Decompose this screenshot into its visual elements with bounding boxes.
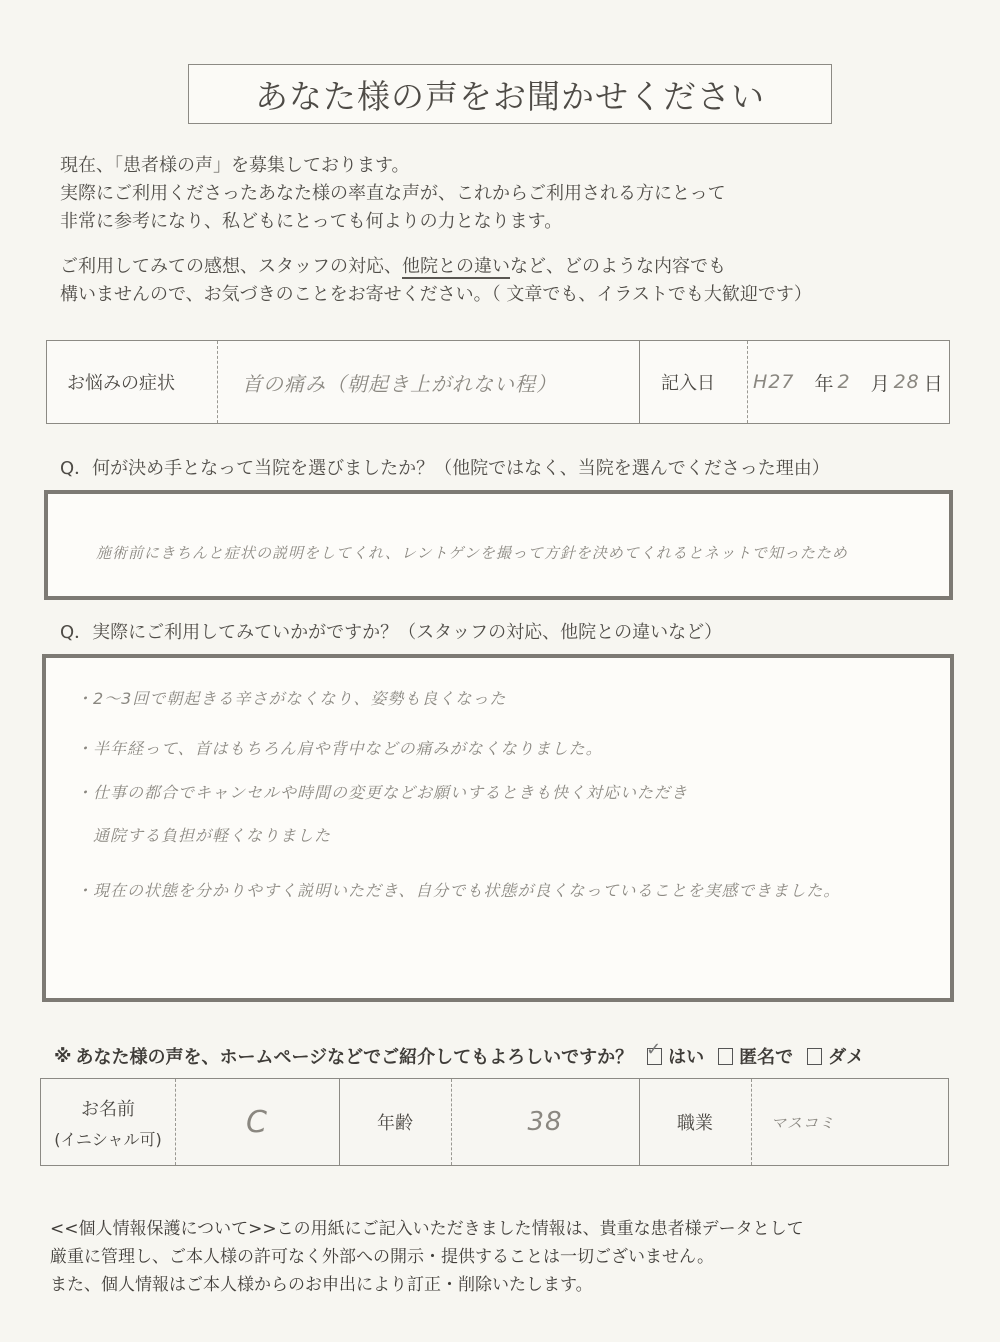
date-day: 28	[894, 371, 920, 393]
guidance-text-pre: ご利用してみての感想、スタッフの対応、	[60, 256, 402, 277]
guidance-underlined: 他院との違い	[402, 256, 510, 279]
option-anonymous-label: 匿名で	[739, 1043, 793, 1069]
date-field[interactable]: H27 年 2 月 28 日	[753, 341, 943, 423]
checkbox-anonymous[interactable]	[718, 1048, 733, 1065]
symptom-table: お悩みの症状 首の痛み（朝起き上がれない程） 記入日 H27 年 2 月 28 …	[46, 340, 950, 424]
question-2-label: Q．実際にご利用してみていかがですか？（スタッフの対応、他院との違いなど）	[60, 618, 722, 644]
intro-text: 現在、「患者様の声」を募集しております。 実際にご利用くださったあなた様の率直な…	[60, 152, 726, 236]
privacy-notice: <<個人情報保護について>>この用紙にご記入いただきました情報は、貴重な患者様デ…	[50, 1215, 804, 1299]
intro-line: 現在、「患者様の声」を募集しております。	[60, 152, 726, 180]
answer-line: ・2〜3回で朝起きる辛さがなくなり、姿勢も良くなった	[76, 686, 506, 709]
job-label: 職業	[639, 1079, 751, 1165]
checkbox-no[interactable]	[807, 1048, 822, 1065]
name-value[interactable]: C	[175, 1079, 339, 1165]
intro-line: 非常に参考になり、私どもにとっても何よりの力となります。	[60, 208, 726, 236]
age-value[interactable]: 38	[451, 1079, 639, 1165]
divider	[751, 1079, 752, 1165]
symptom-value[interactable]: 首の痛み（朝起き上がれない程）	[242, 341, 557, 423]
answer-line: ・現在の状態を分かりやすく説明いただき、自分でも状態が良くなっていることを実感で…	[76, 878, 840, 901]
option-yes-label: はい	[668, 1043, 704, 1069]
consent-question: あなた様の声を、ホームページなどでご紹介してもよろしいですか？	[76, 1043, 634, 1069]
day-unit: 日	[924, 369, 943, 396]
guidance-text-post: など、どのような内容でも	[510, 256, 726, 277]
answer-line: ・仕事の都合でキャンセルや時間の変更などお願いするときも快く対応いただき	[76, 780, 688, 803]
date-label: 記入日	[661, 341, 715, 423]
divider	[747, 341, 748, 423]
question-2-answer-box[interactable]: ・2〜3回で朝起きる辛さがなくなり、姿勢も良くなった ・半年経って、首はもちろん…	[42, 654, 954, 1002]
form-title: あなた様の声をお聞かせください	[188, 64, 832, 124]
profile-table: お名前 (イニシャル可) C 年齢 38 職業 マスコミ	[40, 1078, 949, 1166]
option-no-label: ダメ	[828, 1043, 864, 1069]
guidance-line-2: 構いませんので、お気づきのことをお寄せください。（ 文章でも、イラストでも大歓迎…	[60, 281, 812, 309]
answer-line: ・半年経って、首はもちろん肩や背中などの痛みがなくなりました。	[76, 736, 603, 759]
divider	[217, 341, 218, 423]
privacy-line: また、個人情報はご本人様からのお申出により訂正・削除いたします。	[50, 1271, 804, 1299]
job-value[interactable]: マスコミ	[771, 1079, 835, 1165]
question-1-answer-box[interactable]: 施術前にきちんと症状の説明をしてくれ、レントゲンを撮って方針を決めてくれるとネッ…	[44, 490, 953, 600]
consent-row: ※ あなた様の声を、ホームページなどでご紹介してもよろしいですか？ はい 匿名で…	[54, 1043, 864, 1069]
privacy-line: 厳重に管理し、ご本人様の許可なく外部への開示・提供することは一切ございません。	[50, 1243, 804, 1271]
guidance-line-1: ご利用してみての感想、スタッフの対応、他院との違いなど、どのような内容でも	[60, 253, 812, 281]
divider	[639, 341, 640, 423]
symptom-label: お悩みの症状	[67, 341, 175, 423]
date-era-year: H27	[753, 371, 794, 393]
age-label: 年齢	[339, 1079, 451, 1165]
name-sublabel: (イニシャル可)	[54, 1127, 162, 1150]
date-month: 2	[837, 371, 850, 393]
year-unit: 年	[814, 369, 833, 396]
intro-line: 実際にご利用くださったあなた様の率直な声が、これからご利用される方にとって	[60, 180, 726, 208]
question-1-label: Q．何が決め手となって当院を選びましたか？（他院ではなく、当院を選んでくださった…	[60, 454, 830, 480]
checkbox-yes[interactable]	[647, 1048, 662, 1065]
answer-line: 通院する負担が軽くなりました	[76, 823, 331, 846]
month-unit: 月	[871, 369, 890, 396]
answer-line: 施術前にきちんと症状の説明をしてくれ、レントゲンを撮って方針を決めてくれるとネッ…	[96, 542, 848, 563]
name-label-cell: お名前 (イニシャル可)	[41, 1079, 175, 1165]
guidance-text: ご利用してみての感想、スタッフの対応、他院との違いなど、どのような内容でも 構い…	[60, 253, 812, 309]
privacy-line: <<個人情報保護について>>この用紙にご記入いただきました情報は、貴重な患者様デ…	[50, 1215, 804, 1243]
note-mark: ※	[54, 1046, 72, 1067]
name-label: お名前	[81, 1095, 135, 1121]
